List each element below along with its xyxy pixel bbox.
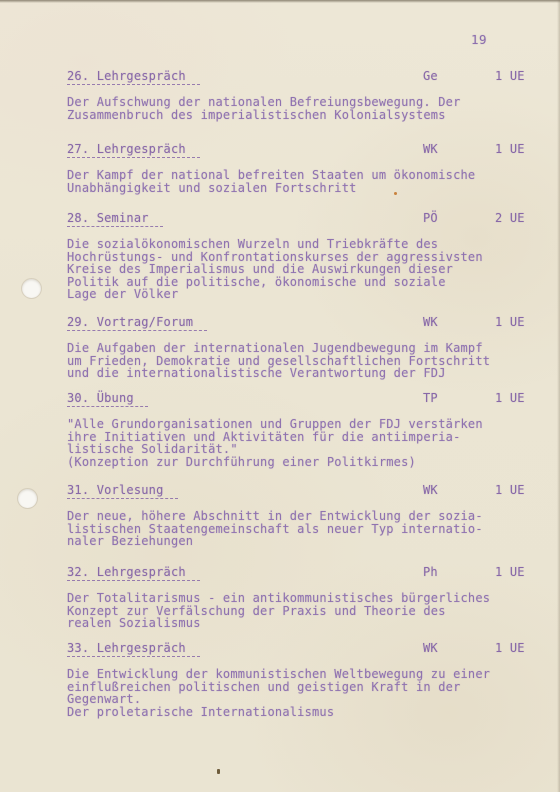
units-value: 2 UE	[495, 212, 525, 225]
lesson-heading-row: 31. Vorlesung WK 1 UE	[67, 484, 532, 499]
units-value: 1 UE	[495, 143, 525, 156]
units-value: 1 UE	[495, 392, 525, 405]
scan-edge-top	[0, 0, 560, 3]
lesson-title: 29. Vortrag/Forum	[67, 316, 207, 331]
lesson-heading-row: 26. Lehrgespräch Ge 1 UE	[67, 70, 532, 85]
punch-hole	[18, 489, 37, 508]
lesson-description: Die Entwicklung der kommunistischen Welt…	[67, 668, 532, 718]
lesson-description: Die Aufgaben der internationalen Jugendb…	[67, 342, 532, 380]
lesson-description: Der Aufschwung der nationalen Befreiungs…	[67, 96, 532, 121]
lesson-heading-row: 32. Lehrgespräch Ph 1 UE	[67, 566, 532, 581]
subject-abbr: WK	[423, 642, 438, 655]
description-line: Die Entwicklung der kommunistischen Welt…	[67, 668, 532, 681]
lesson-item: 29. Vortrag/Forum WK 1 UE Die Aufgaben d…	[67, 316, 532, 380]
units-value: 1 UE	[495, 70, 525, 83]
description-line: Unabhängigkeit und sozialen Fortschritt	[67, 182, 532, 195]
lesson-title: 33. Lehrgespräch	[67, 642, 200, 657]
description-line: Der Totalitarismus - ein antikommunistis…	[67, 592, 532, 605]
lesson-item: 31. Vorlesung WK 1 UE Der neue, höhere A…	[67, 484, 532, 548]
description-line: Gegenwart.	[67, 693, 532, 706]
subject-abbr: Ge	[423, 70, 438, 83]
lesson-item: 27. Lehrgespräch WK 1 UE Der Kampf der n…	[67, 143, 532, 194]
lesson-description: Der neue, höhere Abschnitt in der Entwic…	[67, 510, 532, 548]
lesson-item: 32. Lehrgespräch Ph 1 UE Der Totalitaris…	[67, 566, 532, 630]
lesson-item: 30. Übung TP 1 UE "Alle Grundorganisatio…	[67, 392, 532, 468]
lesson-description: Die sozialökonomischen Wurzeln und Trieb…	[67, 238, 532, 301]
description-line: Lage der Völker	[67, 288, 532, 301]
lesson-title: 26. Lehrgespräch	[67, 70, 200, 85]
units-value: 1 UE	[495, 642, 525, 655]
lesson-heading-row: 30. Übung TP 1 UE	[67, 392, 532, 407]
description-line: Kreise des Imperialismus und die Auswirk…	[67, 263, 532, 276]
lesson-heading-row: 33. Lehrgespräch WK 1 UE	[67, 642, 532, 657]
lesson-title: 28. Seminar	[67, 212, 163, 227]
description-line: Der Aufschwung der nationalen Befreiungs…	[67, 96, 532, 109]
description-line: Die sozialökonomischen Wurzeln und Trieb…	[67, 238, 532, 251]
lesson-title: 27. Lehrgespräch	[67, 143, 200, 158]
description-line: Zusammenbruch des imperialistischen Kolo…	[67, 109, 532, 122]
lesson-title: 30. Übung	[67, 392, 148, 407]
lesson-item: 28. Seminar PÖ 2 UE Die sozialökonomisch…	[67, 212, 532, 301]
lesson-heading-row: 27. Lehrgespräch WK 1 UE	[67, 143, 532, 158]
lesson-heading-row: 29. Vortrag/Forum WK 1 UE	[67, 316, 532, 331]
page-number: 19	[471, 32, 487, 47]
description-line: Der neue, höhere Abschnitt in der Entwic…	[67, 510, 532, 523]
description-line: "Alle Grundorganisationen und Gruppen de…	[67, 418, 532, 431]
punch-hole	[22, 279, 41, 298]
subject-abbr: Ph	[423, 566, 438, 579]
description-line: listische Solidarität."	[67, 443, 532, 456]
description-line: naler Beziehungen	[67, 535, 532, 548]
subject-abbr: WK	[423, 143, 438, 156]
units-value: 1 UE	[495, 566, 525, 579]
units-value: 1 UE	[495, 316, 525, 329]
description-line: Der proletarische Internationalismus	[67, 706, 532, 719]
lesson-description: Der Kampf der national befreiten Staaten…	[67, 169, 532, 194]
lesson-heading-row: 28. Seminar PÖ 2 UE	[67, 212, 532, 227]
units-value: 1 UE	[495, 484, 525, 497]
description-line: realen Sozialismus	[67, 617, 532, 630]
subject-abbr: WK	[423, 316, 438, 329]
subject-abbr: WK	[423, 484, 438, 497]
scanned-document-page: 19 26. Lehrgespräch Ge 1 UE Der Aufschwu…	[0, 0, 560, 792]
paper-speck	[217, 769, 220, 774]
lesson-item: 33. Lehrgespräch WK 1 UE Die Entwicklung…	[67, 642, 532, 718]
description-line: Die Aufgaben der internationalen Jugendb…	[67, 342, 532, 355]
description-line: und die internationalistische Verantwort…	[67, 367, 532, 380]
description-line: (Konzeption zur Durchführung einer Polit…	[67, 456, 532, 469]
lesson-description: "Alle Grundorganisationen und Gruppen de…	[67, 418, 532, 468]
lesson-description: Der Totalitarismus - ein antikommunistis…	[67, 592, 532, 630]
subject-abbr: PÖ	[423, 212, 438, 225]
lesson-item: 26. Lehrgespräch Ge 1 UE Der Aufschwung …	[67, 70, 532, 121]
description-line: Der Kampf der national befreiten Staaten…	[67, 169, 532, 182]
subject-abbr: TP	[423, 392, 438, 405]
lesson-title: 31. Vorlesung	[67, 484, 178, 499]
lesson-title: 32. Lehrgespräch	[67, 566, 200, 581]
